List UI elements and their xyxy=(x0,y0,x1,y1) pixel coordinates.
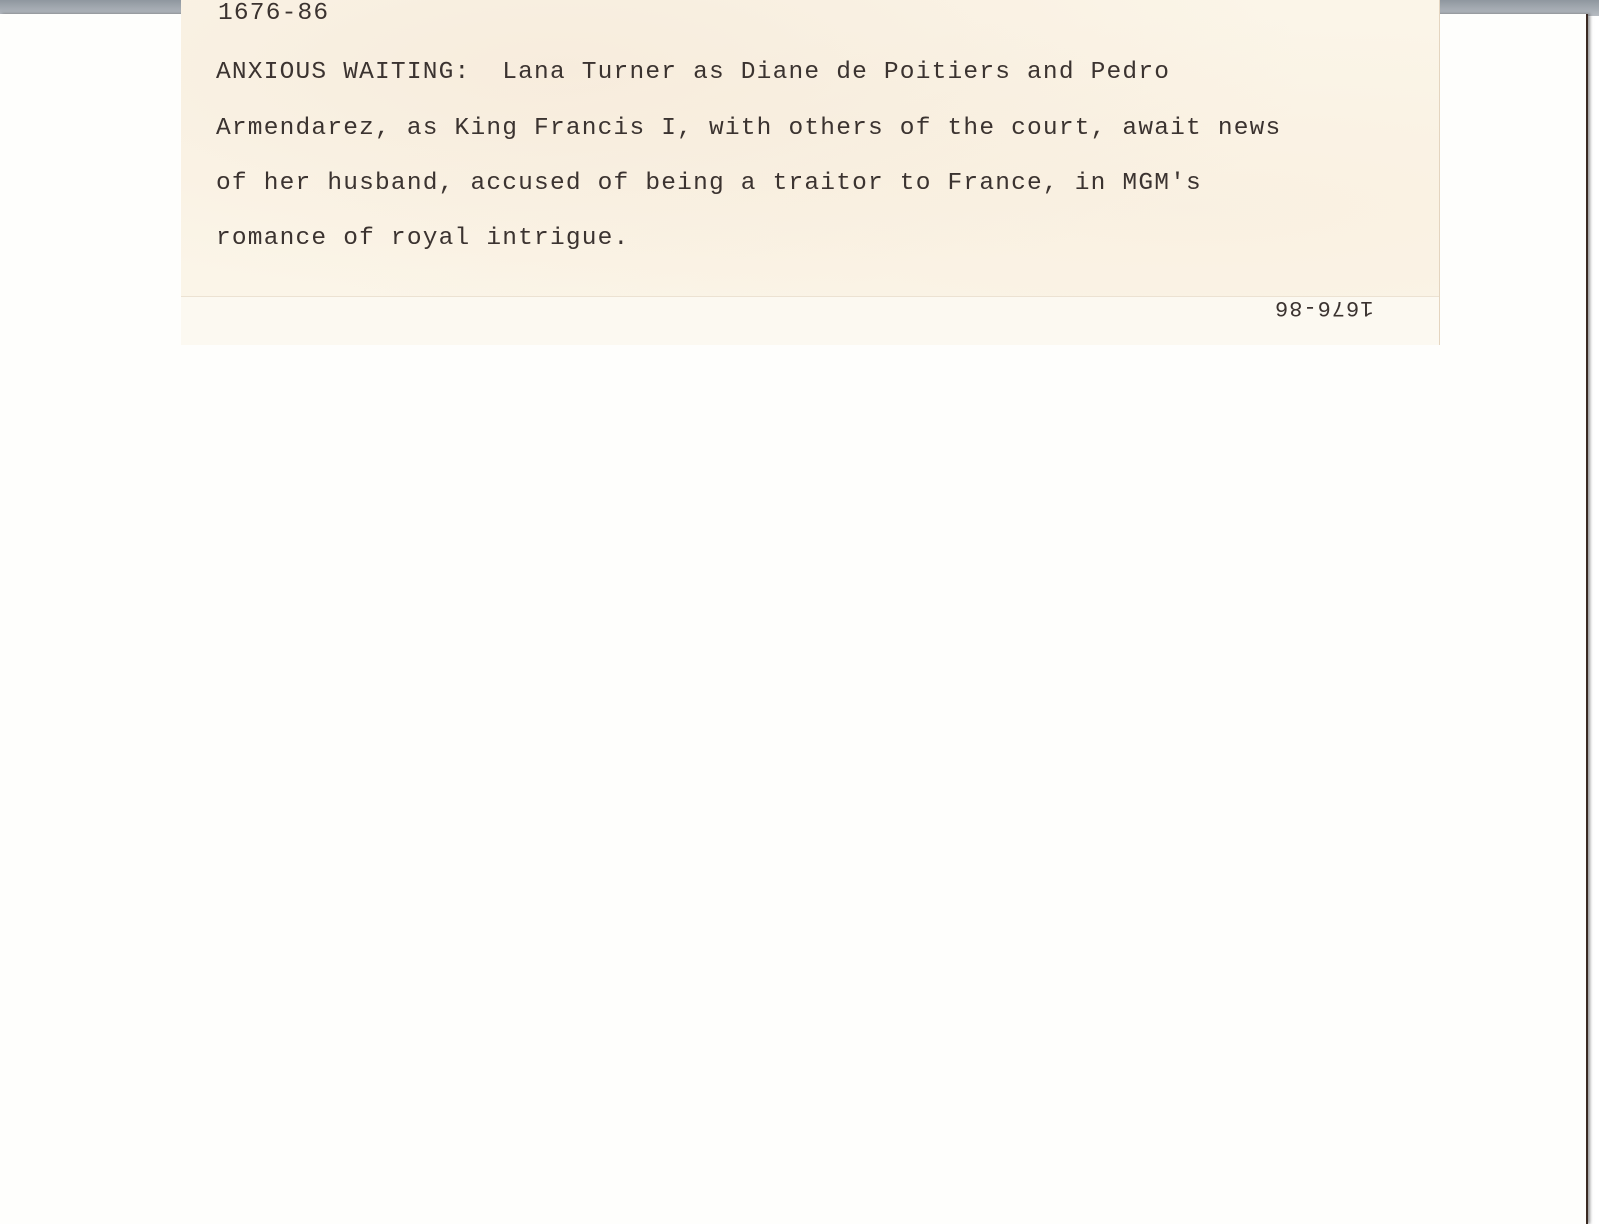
caption-line-2: Armendarez, as King Francis I, with othe… xyxy=(216,117,1281,142)
catalog-number: 1676-86 xyxy=(218,2,329,27)
caption-line-3: of her husband, accused of being a trait… xyxy=(216,172,1202,197)
caption-line-4: romance of royal intrigue. xyxy=(216,227,629,252)
snipe-lower-strip xyxy=(181,297,1439,345)
catalog-number-upside-down: 1676-86 xyxy=(1274,296,1373,318)
caption-line-1: ANXIOUS WAITING: Lana Turner as Diane de… xyxy=(216,61,1170,86)
